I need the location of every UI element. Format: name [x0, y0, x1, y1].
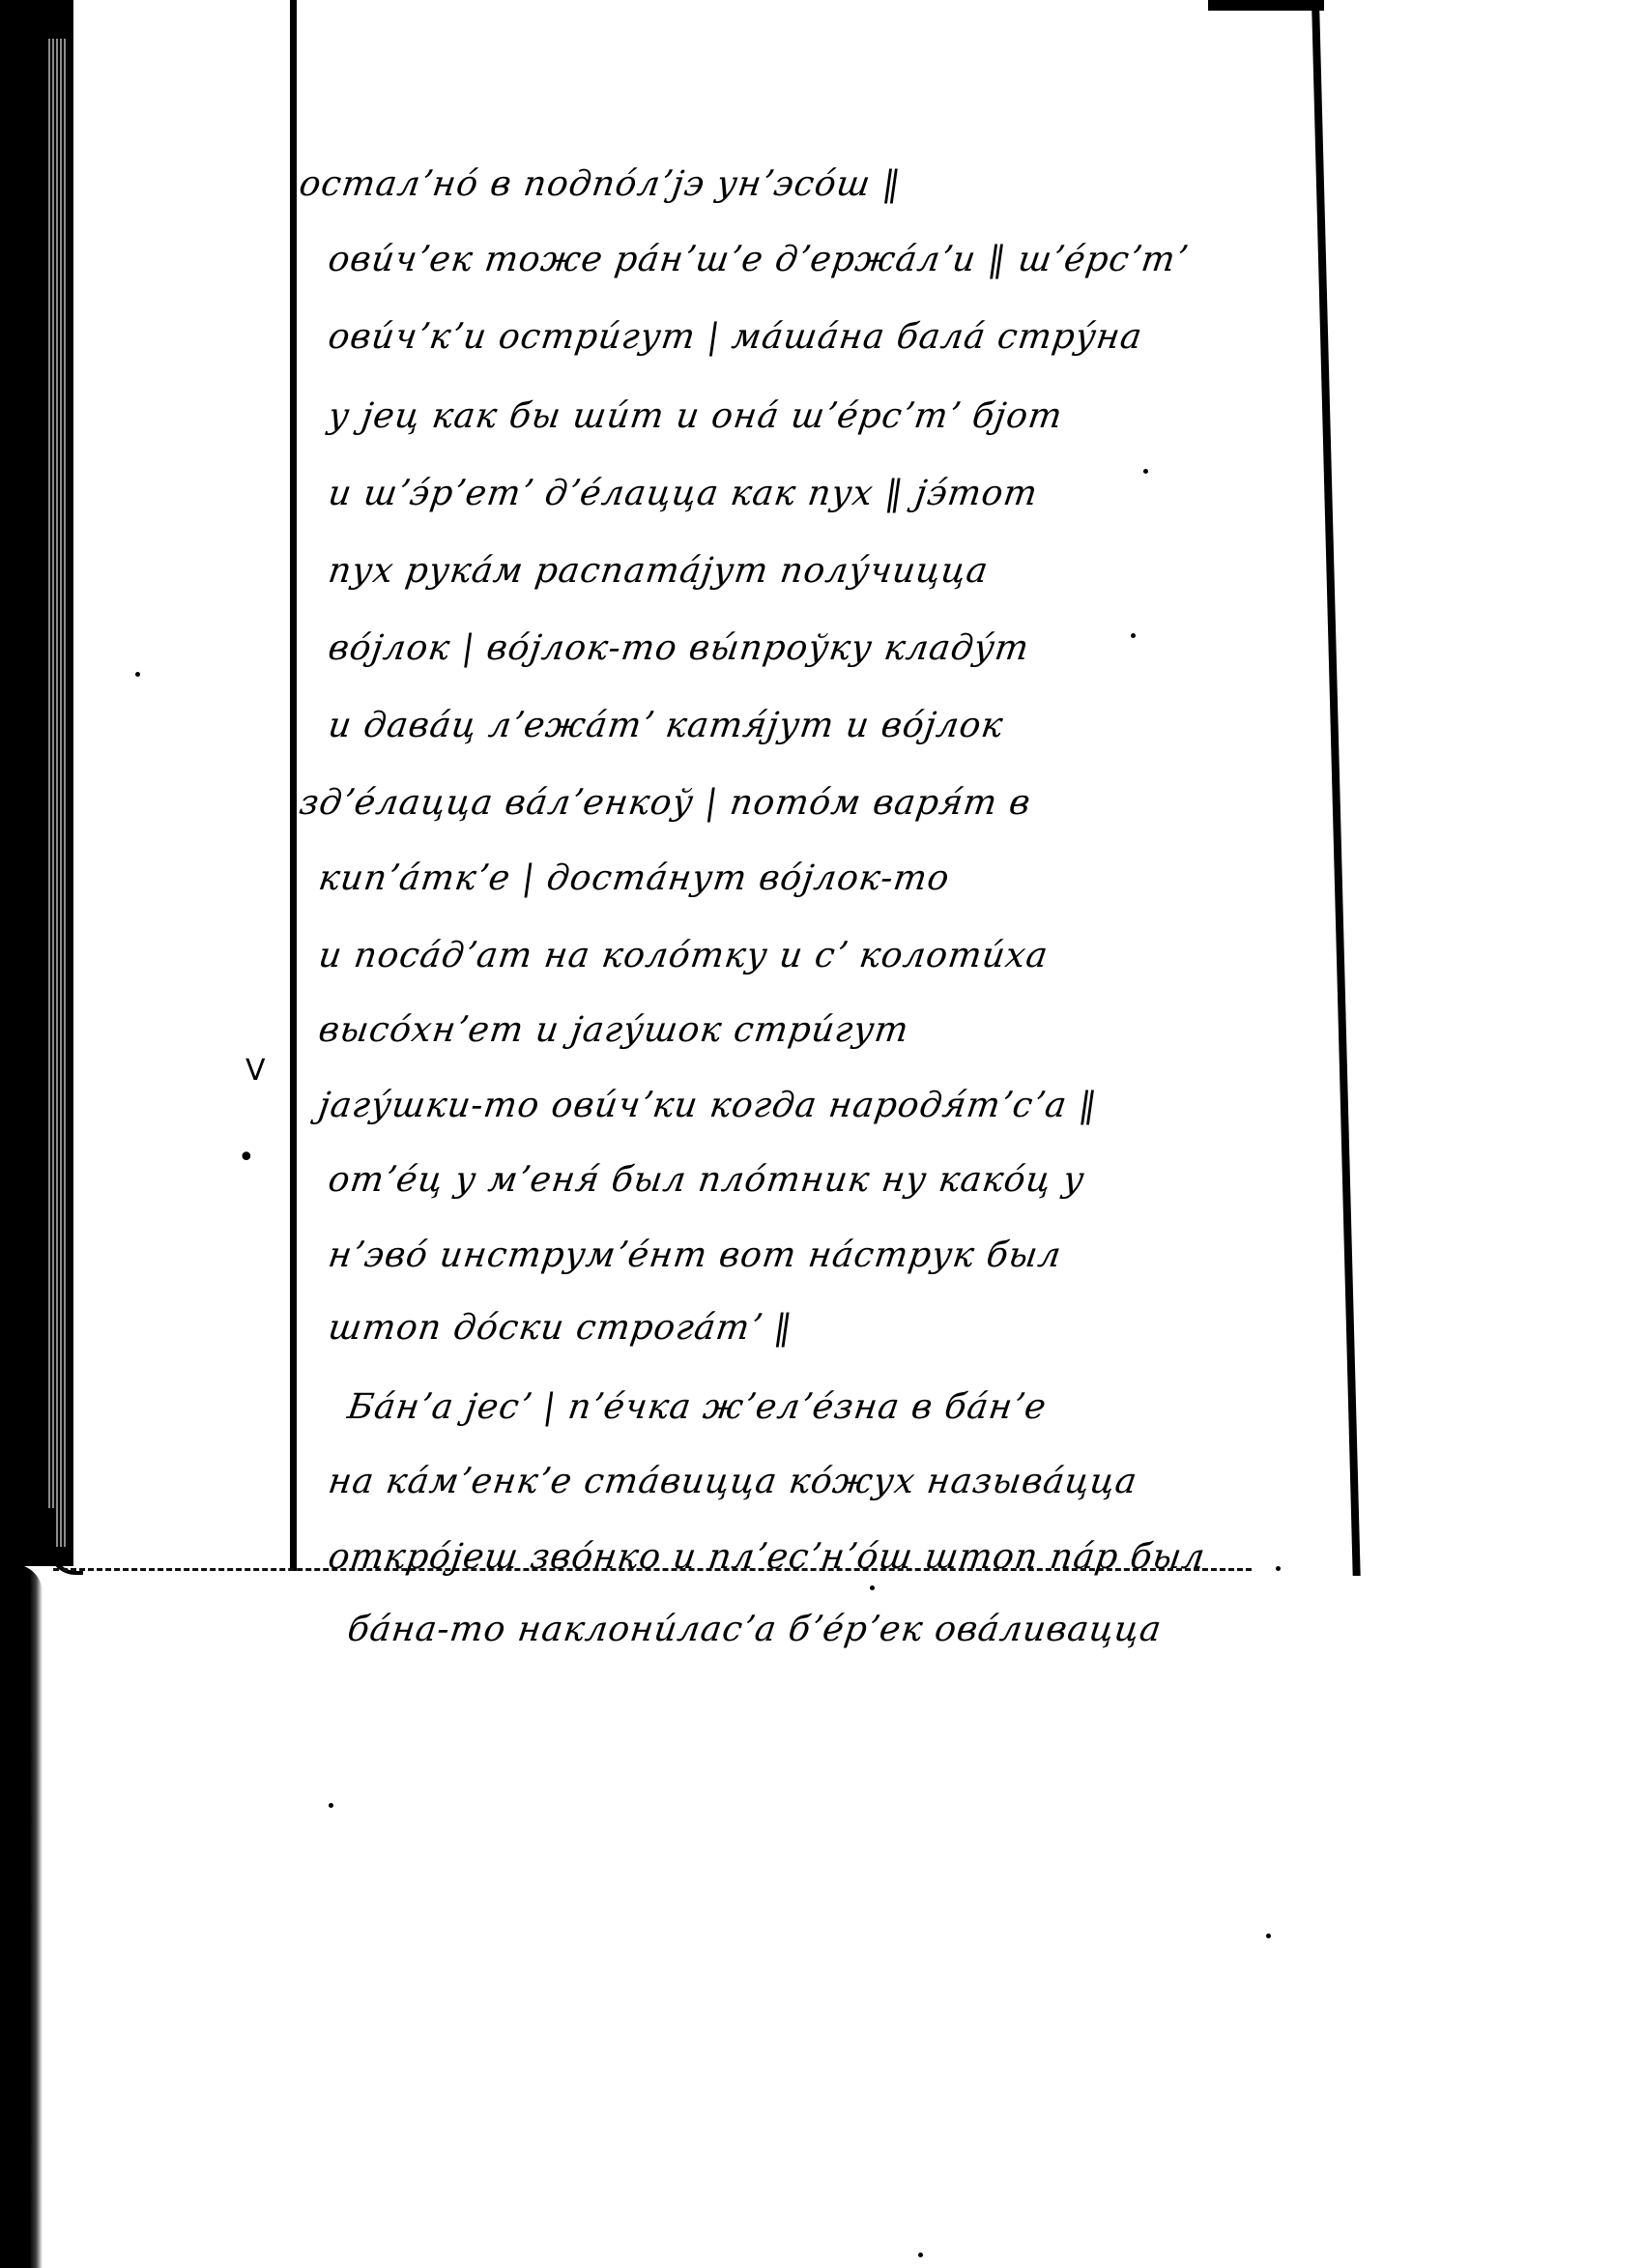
page-curl-corner — [48, 1508, 83, 1575]
text-line-18: на ка́мʼенкʼе ста́вицца ко́жух называ́цц… — [326, 1462, 1139, 1501]
text-line-1: осталʼно́ в подпо́лʼјэ унʼэсо́ш ‖ — [297, 164, 904, 204]
text-line-14: отʼе́ц у мʼеня́ был пло́тник ну како́ц у — [326, 1160, 1087, 1200]
sheet-right-border — [1312, 0, 1361, 1576]
text-line-19: откро́јеш зво́нко и плʼесʼнʼо́ш штоп па́… — [326, 1537, 1208, 1577]
scan-speck — [870, 1585, 875, 1590]
margin-check-mark: V — [245, 1054, 266, 1088]
scanned-book-edge-bottom — [0, 1564, 43, 2268]
scan-speck — [918, 2253, 923, 2257]
scan-speck — [1266, 1934, 1271, 1938]
text-line-7: во́јлок | во́јлок-то вы́проўку кладу́т — [326, 628, 1032, 668]
text-line-13: јагу́шки-то ови́чʼки когда народя́тʼсʼа … — [316, 1086, 1100, 1125]
text-line-12: высо́хнʼет и јагу́шок стри́гут — [316, 1010, 911, 1050]
text-line-4: у јец как бы ши́т и она́ шʼе́рсʼтʼ бјот — [326, 396, 1065, 436]
scan-speck — [1131, 633, 1136, 638]
text-line-2: ови́чʼек тоже ра́нʼшʼе дʼержа́лʼи ‖ шʼе́… — [326, 240, 1191, 279]
text-line-20: ба́на-то наклони́ласʼа бʼе́рʼек ова́лива… — [345, 1610, 1165, 1649]
sheet-left-border — [290, 0, 297, 1571]
sheet-top-border — [1208, 0, 1324, 11]
text-line-10: кипʼа́ткʼе | доста́нут во́јлок-то — [316, 858, 952, 898]
margin-dot-mark: • — [238, 1141, 255, 1175]
text-line-11: и поса́дʼат на коло́тку и сʼ колоти́ха — [316, 936, 1051, 975]
text-line-9: здʼе́лацца ва́лʼенкоў | пото́м варя́т в — [297, 783, 1033, 823]
scan-speck — [1276, 1566, 1281, 1571]
scan-speck — [135, 672, 140, 677]
text-line-5: и шʼэ́рʼетʼ дʼе́лацца как пух ‖ јэ́тот — [326, 474, 1040, 513]
scanned-book-edge-top — [0, 0, 73, 1566]
text-line-6: пух рука́м распата́јут полу́чицца — [326, 551, 991, 591]
text-line-16: штоп до́ски строга́тʼ ‖ — [326, 1308, 795, 1348]
text-line-15: нʼэво́ инструмʼе́нт вот на́струк был — [326, 1236, 1064, 1275]
scan-speck — [1143, 469, 1148, 474]
text-line-3: ови́чʼкʼи остри́гут | ма́ша́на бала́ стр… — [326, 317, 1145, 357]
scan-speck — [329, 1803, 333, 1808]
text-line-17: Ба́нʼа јесʼ | пʼе́чка жʼелʼе́зна в ба́нʼ… — [345, 1387, 1049, 1427]
text-line-8: и дава́ц лʼежа́тʼ катя́јут и во́јлок — [326, 706, 1006, 745]
